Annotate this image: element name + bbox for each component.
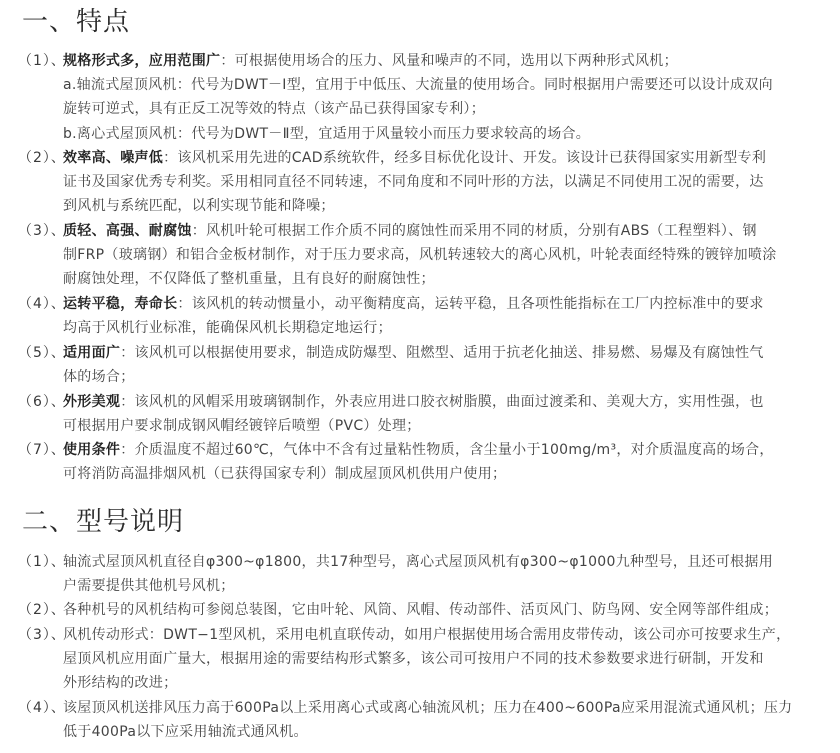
item-line: 耐腐蚀处理，不仅降低了整机重量，且有良好的耐腐蚀性；	[63, 267, 823, 291]
item-body: 风机传动形式：DWT−1型风机，采用电机直联传动，如用户根据使用场合需用皮带传动…	[63, 623, 823, 696]
item-heading: 适用面广	[63, 345, 120, 361]
item-heading: 运转平稳，寿命长	[63, 296, 177, 312]
item-number: （3）、	[18, 219, 66, 243]
item-line: ：该风机采用先进的CAD系统软件，经多目标优化设计、开发。该设计已获得国家实用新…	[163, 150, 766, 166]
item-line: ：该风机的转动惯量小，动平衡精度高，运转平稳，且各项性能指标在工厂内控标准中的要…	[177, 296, 763, 312]
item-heading: 外形美观	[63, 394, 120, 410]
item-line: 低于400Pa以下应采用轴流式通风机。	[63, 720, 823, 744]
item-number: （7）、	[18, 438, 66, 462]
item-heading: 规格形式多，应用范围广	[63, 53, 220, 69]
item-heading: 效率高、噪声低	[63, 150, 163, 166]
item-number: （4）、	[18, 292, 66, 316]
item-line: 体的场合；	[63, 365, 823, 389]
item-body: 适用面广：该风机可以根据使用要求，制造成防爆型、阻燃型、适用于抗老化抽送、排易燃…	[63, 341, 823, 389]
item-body: 外形美观：该风机的风帽采用玻璃钢制作，外表应用进口胶衣树脂膜，曲面过渡柔和、美观…	[63, 390, 823, 438]
item-number: （1）、	[18, 49, 66, 73]
item-body: 轴流式屋顶风机直径自φ300~φ1800，共17种型号，离心式屋顶风机有φ300…	[63, 550, 823, 598]
item-line: 风机传动形式：DWT−1型风机，采用电机直联传动，如用户根据使用场合需用皮带传动…	[63, 623, 823, 647]
item-body: 各种机号的风机结构可参阅总装图，它由叶轮、风筒、风帽、传动部件、活页风门、防鸟网…	[63, 598, 823, 622]
item-line: 旋转可逆式，具有正反工况等效的特点（该产品已获得国家专利）；	[63, 97, 823, 121]
item-line: a.轴流式屋顶风机：代号为DWT－Ⅰ型，宜用于中低压、大流量的使用场合。同时根据…	[63, 73, 823, 97]
item-line: 户需要提供其他机号风机；	[63, 574, 823, 598]
item-line: 可根据用户要求制成钢风帽经镀锌后喷塑（PVC）处理；	[63, 414, 823, 438]
section-title-model-description: 二、型号说明	[22, 506, 184, 538]
item-line: ：可根据使用场合的压力、风量和噪声的不同，选用以下两种形式风机；	[220, 53, 678, 69]
item-line: b.离心式屋顶风机：代号为DWT－Ⅱ型，宜适用于风量较小而压力要求较高的场合。	[63, 122, 823, 146]
item-heading: 质轻、高强、耐腐蚀	[63, 223, 192, 239]
item-number: （5）、	[18, 341, 66, 365]
item-line: 轴流式屋顶风机直径自φ300~φ1800，共17种型号，离心式屋顶风机有φ300…	[63, 550, 823, 574]
item-body: 运转平稳，寿命长：该风机的转动惯量小，动平衡精度高，运转平稳，且各项性能指标在工…	[63, 292, 823, 340]
item-line: 均高于风机行业标准，能确保风机长期稳定地运行；	[63, 316, 823, 340]
item-body: 使用条件：介质温度不超过60℃，气体中不含有过量粘性物质，含尘量小于100mg/…	[63, 438, 823, 486]
document-page: 一、特点 （1）、 规格形式多，应用范围广：可根据使用场合的压力、风量和噪声的不…	[0, 0, 840, 753]
item-line: 到风机与系统匹配，以利实现节能和降噪；	[63, 194, 823, 218]
item-number: （2）、	[18, 146, 66, 170]
item-line: 外形结构的改进；	[63, 671, 823, 695]
item-number: （6）、	[18, 390, 66, 414]
item-line: 该屋顶风机送排风压力高于600Pa以上采用离心式或离心轴流风机；压力在400~6…	[63, 696, 823, 720]
item-heading: 使用条件	[63, 442, 120, 458]
item-body: 该屋顶风机送排风压力高于600Pa以上采用离心式或离心轴流风机；压力在400~6…	[63, 696, 823, 744]
item-number: （4）、	[18, 696, 66, 720]
item-line: ：该风机的风帽采用玻璃钢制作，外表应用进口胶衣树脂膜，曲面过渡柔和、美观大方，实…	[120, 394, 764, 410]
item-line: 可将消防高温排烟风机（已获得国家专利）制成屋顶风机供用户使用；	[63, 462, 823, 486]
item-number: （1）、	[18, 550, 66, 574]
item-line: 各种机号的风机结构可参阅总装图，它由叶轮、风筒、风帽、传动部件、活页风门、防鸟网…	[63, 598, 823, 622]
item-number: （3）、	[18, 623, 66, 647]
item-line: ：风机叶轮可根据工作介质不同的腐蚀性而采用不同的材质，分别有ABS（工程塑料）、…	[192, 223, 757, 239]
item-body: 质轻、高强、耐腐蚀：风机叶轮可根据工作介质不同的腐蚀性而采用不同的材质，分别有A…	[63, 219, 823, 292]
item-line: 证书及国家优秀专利奖。采用相同直径不同转速，不同角度和不同叶形的方法，以满足不同…	[63, 170, 823, 194]
item-line: 屋顶风机应用面广量大，根据用途的需要结构形式繁多，该公司可按用户不同的技术参数要…	[63, 647, 823, 671]
item-body: 效率高、噪声低：该风机采用先进的CAD系统软件，经多目标优化设计、开发。该设计已…	[63, 146, 823, 219]
item-number: （2）、	[18, 598, 66, 622]
item-body: 规格形式多，应用范围广：可根据使用场合的压力、风量和噪声的不同，选用以下两种形式…	[63, 49, 823, 146]
item-line: ：该风机可以根据使用要求，制造成防爆型、阻燃型、适用于抗老化抽送、排易燃、易爆及…	[120, 345, 764, 361]
section-title-features: 一、特点	[22, 6, 130, 38]
item-line: ：介质温度不超过60℃，气体中不含有过量粘性物质，含尘量小于100mg/m³，对…	[120, 442, 773, 458]
item-line: 制FRP（玻璃钢）和铝合金板材制作，对于压力要求高，风机转速较大的离心风机，叶轮…	[63, 243, 823, 267]
